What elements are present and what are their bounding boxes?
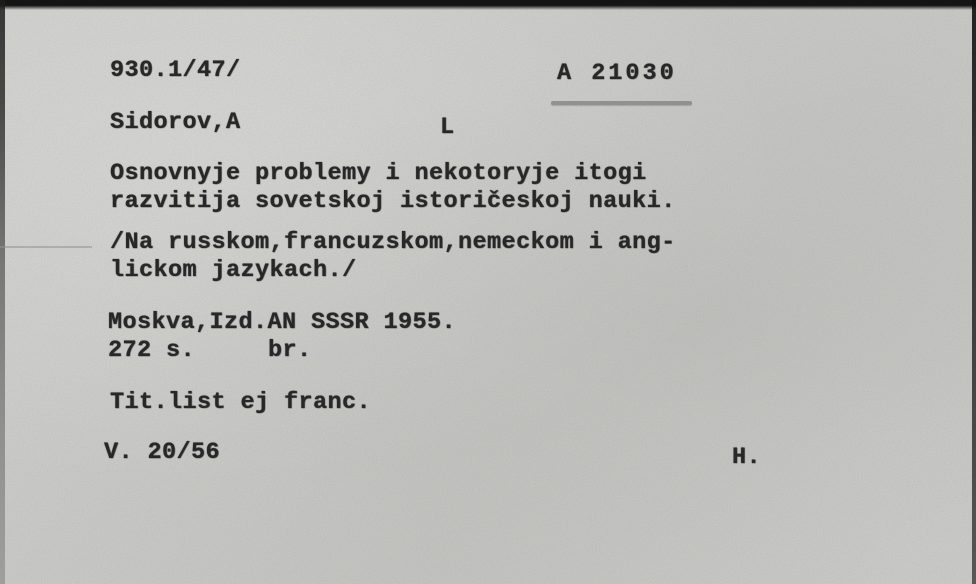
call-number: 930.1/47/ bbox=[110, 57, 241, 84]
title-line-4: lickom jazykach./ bbox=[110, 257, 357, 284]
cataloger-initial: H. bbox=[732, 444, 761, 471]
title-line-2: razvitija sovetskoj istoričeskoj nauki. bbox=[110, 188, 676, 215]
author: Sidorov,A bbox=[110, 109, 241, 136]
language-mark: L bbox=[440, 114, 455, 141]
accession-number: A 21030 bbox=[557, 60, 677, 87]
catalog-card-scan: 930.1/47/ A 21030 Sidorov,A L Osnovnyje … bbox=[0, 0, 976, 584]
binding-note: br. bbox=[268, 337, 312, 364]
entry-date: V. 20/56 bbox=[104, 439, 220, 466]
pagination: 272 s. bbox=[108, 337, 195, 364]
title-line-3: /Na russkom,francuzskom,nemeckom i ang- bbox=[110, 229, 676, 256]
accession-underline bbox=[551, 101, 692, 105]
title-page-note: Tit.list ej franc. bbox=[110, 389, 371, 416]
card-text-layer: 930.1/47/ A 21030 Sidorov,A L Osnovnyje … bbox=[0, 0, 976, 584]
imprint: Moskva,Izd.AN SSSR 1955. bbox=[108, 309, 456, 336]
title-line-1: Osnovnyje problemy i nekotoryje itogi bbox=[110, 160, 647, 187]
